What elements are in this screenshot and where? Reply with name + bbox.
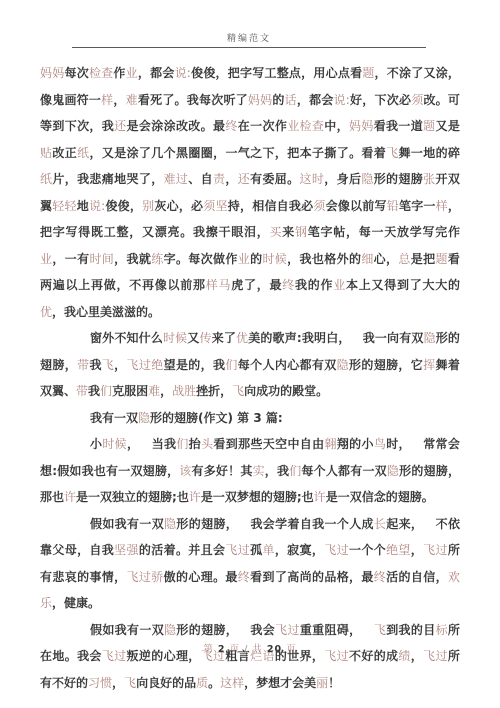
highlighted-text: 题 [435, 252, 447, 266]
highlighted-text: 飞过绝 [127, 358, 164, 372]
text-run: 持，相信自我必 [228, 199, 314, 213]
text-run: ， [113, 93, 125, 107]
text-run: 作 [113, 66, 125, 80]
highlighted-text: 页 / 共 [226, 644, 267, 655]
text-run: 来 [282, 225, 295, 239]
text-run: 到我的目 [386, 623, 435, 637]
highlighted-text: 业 [238, 252, 250, 266]
highlighted-text: 纸 [40, 172, 52, 186]
text-run: 形的翅膀， 我会学着自我一个人成 [176, 517, 373, 531]
highlighted-text: 传 [200, 331, 212, 345]
highlighted-text: 还 [238, 172, 250, 186]
text-run: 是一双独立的翅膀;也 [76, 490, 189, 504]
highlighted-text: 还 [114, 119, 126, 133]
text-run: ，我 [265, 464, 289, 478]
highlighted-text: 终 [238, 570, 250, 584]
text-run: ，身后 [324, 172, 361, 186]
highlighted-text: 业 [333, 278, 346, 292]
text-run: 看到那些天空中自由 [213, 437, 324, 451]
highlighted-text: 带 [77, 358, 89, 372]
highlighted-text: 隐 [164, 517, 176, 531]
highlighted-text: 隐 [424, 331, 436, 345]
highlighted-text: 页 [282, 644, 297, 655]
text-run: 改正 [52, 146, 77, 160]
text-run: 我 [89, 358, 101, 372]
highlighted-text: 飞过 [423, 543, 448, 557]
highlighted-text: 实 [253, 464, 265, 478]
highlighted-text: 们 [100, 384, 112, 398]
highlighted-text: 隐 [337, 358, 349, 372]
highlighted-text: 们 [289, 464, 301, 478]
highlighted-text: 隐 [138, 411, 150, 425]
highlighted-text: 须 [313, 199, 325, 213]
text-run: 向良好的品 [136, 676, 196, 690]
text-run: ， 当我 [127, 437, 176, 451]
paragraph: 假如我有一双隐形的翅膀， 我会学着自我一个人成长起来， 不依靠父母，自我坚强的活… [40, 511, 460, 617]
highlighted-text: 战胜 [172, 384, 196, 398]
text-run: ， [160, 384, 172, 398]
document-body: 妈妈每次检查作业，都会说:俊俊，把字写工整点，用心点看题，不涂了又涂，像鬼画符一… [40, 60, 460, 696]
highlighted-text: 丽 [316, 676, 328, 690]
highlighted-text: 这样 [220, 676, 244, 690]
highlighted-text: 飞 [386, 146, 398, 160]
text-run: 本上又得到了大大的 [346, 278, 460, 292]
text-run: 我的作 [295, 278, 333, 292]
text-run: ，我就 [114, 252, 151, 266]
text-run: 俊俊， [105, 199, 142, 213]
text-run: 在一次作 [238, 119, 287, 133]
highlighted-text: 鸟 [374, 437, 386, 451]
text-run: 看我一道 [374, 119, 423, 133]
text-run: ，都会 [297, 93, 334, 107]
text-run: ， [112, 676, 124, 690]
highlighted-text: 绝望 [386, 543, 411, 557]
text-run: 望是的，我 [164, 358, 226, 372]
page-header: 精编范文 [72, 31, 426, 48]
header-title: 精编范文 [227, 34, 271, 44]
text-run: 形的翅膀， 我会 [176, 623, 275, 637]
text-run: 的 [272, 93, 284, 107]
text-run: 来了 [212, 331, 236, 345]
text-run: ，我心里美滋滋的。 [52, 305, 160, 319]
text-run: 是会涂涂改改。最 [127, 119, 226, 133]
highlighted-text: 飞 [374, 623, 387, 637]
text-run: ，我也格外的 [287, 252, 361, 266]
text-run: 片，我悲痛地哭了， [52, 172, 163, 186]
highlighted-text: 翱 [324, 437, 336, 451]
highlighted-text: 飞 [124, 676, 136, 690]
highlighted-text: 业 [126, 66, 138, 80]
paragraph: 妈妈每次检查作业，都会说:俊俊，把字写工整点，用心点看题，不涂了又涂，像鬼画符一… [40, 60, 460, 325]
text-run: 又 [187, 331, 199, 345]
highlighted-text: 飞过 [324, 543, 349, 557]
text-run: 美的歌声:我明白， 我一向有双 [248, 331, 423, 345]
highlighted-text: 飞 [102, 358, 114, 372]
highlighted-text: 时间 [89, 252, 114, 266]
highlighted-text: 质 [196, 676, 208, 690]
highlighted-text: 题 [423, 119, 435, 133]
text-run: 每次 [64, 66, 88, 80]
highlighted-text: 时候 [163, 331, 187, 345]
text-run: 有委屈。 [250, 172, 299, 186]
text-run: 心， [374, 252, 399, 266]
highlighted-text: 习惯 [88, 676, 112, 690]
document-page: 精编范文 妈妈每次检查作业，都会说:俊俊，把字写工整点，用心点看题，不涂了又涂，… [0, 0, 500, 708]
paragraph: 小时候， 当我们抬头看到那些天空中自由翱翔的小鸟时， 常常会想:假如我也有一双翅… [40, 431, 460, 511]
highlighted-text: 优 [236, 331, 248, 345]
text-run: 是一双梦想的翅膀;也 [201, 490, 314, 504]
highlighted-text: 头 [201, 437, 213, 451]
text-run: 克服困 [112, 384, 148, 398]
highlighted-text: 终 [374, 570, 386, 584]
highlighted-text: 时候 [102, 437, 127, 451]
highlighted-text: 练 [151, 252, 163, 266]
highlighted-text: 优 [40, 305, 52, 319]
highlighted-text: 题 [362, 66, 374, 80]
text-run: 有多好！其 [192, 464, 253, 478]
text-run: 虎了，最 [231, 278, 282, 292]
text-run: 挫折， [196, 384, 232, 398]
paragraph: 我有一双隐形的翅膀(作文) 第 3 篇: [40, 405, 460, 432]
text-run: 20 [267, 644, 282, 655]
highlighted-text: 们 [225, 358, 237, 372]
text-run: 孤 [250, 543, 262, 557]
highlighted-text: 业 [40, 252, 52, 266]
text-run: 窗外不知什么 [90, 331, 163, 345]
text-run: 我 [88, 384, 100, 398]
text-run: 笔字帖，每一天放学写完作 [308, 225, 460, 239]
text-run: 看到了高尚的品格，最 [250, 570, 374, 584]
highlighted-text: 样马 [206, 278, 232, 292]
text-run: 抬 [189, 437, 201, 451]
highlighted-text: 单 [262, 543, 274, 557]
highlighted-text: 隐 [361, 172, 373, 186]
highlighted-text: 责 [213, 172, 225, 186]
highlighted-text: 业检查 [287, 119, 324, 133]
text-run: 小 [90, 437, 102, 451]
highlighted-text: 时候 [262, 252, 287, 266]
highlighted-text: 飞过 [225, 543, 250, 557]
highlighted-text: 难过 [164, 172, 189, 186]
highlighted-text: 说: [175, 66, 191, 80]
text-run: ， [411, 543, 423, 557]
highlighted-text: 钢 [295, 225, 308, 239]
text-run: 中， [324, 119, 349, 133]
text-run: 看死了。我每次听了 [138, 93, 248, 107]
highlighted-text: 纸 [77, 146, 89, 160]
highlighted-text: 别 [142, 199, 154, 213]
text-run: 字。每次做作 [164, 252, 238, 266]
highlighted-text: 许 [64, 490, 76, 504]
text-run: 每个人都有一双 [301, 464, 386, 478]
text-run: ，梦想才会美 [244, 676, 316, 690]
text-run: 向成功的殿堂。 [244, 384, 328, 398]
highlighted-text: 带 [76, 384, 88, 398]
text-run: 会像以前写 [326, 199, 387, 213]
text-run: 笔字一 [399, 199, 436, 213]
text-run: 假如我有一双 [90, 517, 164, 531]
highlighted-text: 样 [101, 93, 113, 107]
highlighted-text: 标 [436, 623, 448, 637]
highlighted-text: 须坚 [203, 199, 227, 213]
text-run: 翔的小 [337, 437, 374, 451]
highlighted-text: 难 [148, 384, 160, 398]
highlighted-text: 说: [334, 93, 350, 107]
text-run: 形的翅膀，它 [349, 358, 423, 372]
text-run: 舞一地的碎 [399, 146, 460, 160]
highlighted-text: 这时 [300, 172, 325, 186]
text-run: 傲的心理。最 [164, 570, 238, 584]
highlighted-text: 们 [176, 437, 188, 451]
text-run: 活的自信， [386, 570, 448, 584]
highlighted-text: 说: [89, 199, 105, 213]
highlighted-text: 话 [285, 93, 297, 107]
highlighted-text: 终 [282, 278, 295, 292]
highlighted-text: 难 [126, 93, 138, 107]
text-run: 地 [77, 199, 89, 213]
highlighted-text: 长 [374, 517, 386, 531]
text-run: 。 [208, 676, 220, 690]
highlighted-text: 须 [411, 93, 423, 107]
text-run: ，寂寞， [275, 543, 324, 557]
highlighted-text: 样 [436, 199, 448, 213]
highlighted-text: 飞过 [275, 623, 300, 637]
text-run: ，一有 [52, 252, 89, 266]
text-run: 形的翅膀 [374, 172, 423, 186]
highlighted-text: 挥 [423, 358, 435, 372]
highlighted-text: 检查 [89, 66, 113, 80]
text-run: ，又是涂了几个黑圈圈，一气之下，把本子撕了。看着 [89, 146, 386, 160]
paragraph: 假如我有一双隐形的翅膀， 我会飞过重重阻碍， 飞到我的目标所在地。我会飞过叛逆的… [40, 617, 460, 697]
highlighted-text: 铅 [387, 199, 399, 213]
text-run: 假如我有一双 [90, 623, 164, 637]
paragraph: 窗外不知什么时候又传来了优美的歌声:我明白， 我一向有双隐形的翅膀，带我飞，飞过… [40, 325, 460, 405]
highlighted-text: 妈妈 [248, 93, 272, 107]
highlighted-text: 第 [203, 644, 218, 655]
text-run: 是一双信念的翅膀。 [326, 490, 434, 504]
highlighted-text: 细 [361, 252, 373, 266]
text-run: 2 [218, 644, 226, 655]
text-run: ，都会 [138, 66, 175, 80]
highlighted-text: 隐 [164, 623, 176, 637]
text-run: ， [114, 358, 126, 372]
highlighted-text: 张 [423, 172, 435, 186]
highlighted-text: 贴 [40, 146, 52, 160]
text-run: 每个人内心都有双 [238, 358, 337, 372]
text-run: 又是 [436, 119, 460, 133]
text-run: 灰心，必 [154, 199, 203, 213]
highlighted-text: 许 [314, 490, 326, 504]
highlighted-text: 妈妈 [40, 66, 64, 80]
highlighted-text: 许 [189, 490, 201, 504]
text-run: 好，下次必 [350, 93, 411, 107]
text-run: 俊俊，把字写工整点，用心点看 [191, 66, 362, 80]
highlighted-text: 隐 [387, 464, 399, 478]
text-run: 的 [250, 252, 262, 266]
highlighted-text: 轻轻 [52, 199, 76, 213]
highlighted-text: 该 [179, 464, 191, 478]
page-footer: 第 2 页 / 共 20 页 [0, 641, 500, 655]
text-run: ，健康。 [52, 596, 100, 610]
text-run: 形的翅膀(作文) 第 3 篇: [150, 411, 283, 425]
highlighted-text: 买 [269, 225, 282, 239]
text-run: 、自 [188, 172, 213, 186]
highlighted-text: 飞过骄 [127, 570, 164, 584]
text-run: 是把 [411, 252, 436, 266]
highlighted-text: 终 [225, 119, 237, 133]
text-run: 我有一双 [90, 411, 138, 425]
text-run: 重重阻碍， [300, 623, 374, 637]
highlighted-text: 总 [398, 252, 410, 266]
highlighted-text: 飞 [232, 384, 244, 398]
text-run: ， [225, 172, 237, 186]
highlighted-text: 妈妈 [349, 119, 374, 133]
text-run: 一个个 [349, 543, 386, 557]
text-run: ！ [328, 676, 340, 690]
text-run: 的活着。并且会 [139, 543, 226, 557]
highlighted-text: 坚强 [114, 543, 139, 557]
